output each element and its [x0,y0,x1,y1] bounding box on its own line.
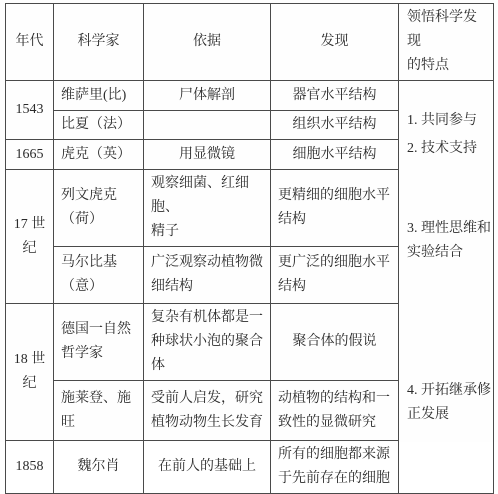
discovery-cell: 更精细的细胞水平 结构 [271,170,399,247]
cell-theory-history-table: 年代 科学家 依据 发现 领悟科学发现 的特点 1543 维萨里(比) 尸体解剖… [5,3,494,494]
basis-cell: 广泛观察动植物微 细结构 [144,247,271,304]
basis-cell [144,111,271,140]
era-cell: 17 世纪 [6,170,54,304]
document-page: 年代 科学家 依据 发现 领悟科学发现 的特点 1543 维萨里(比) 尸体解剖… [0,0,498,442]
discovery-cell: 器官水平结构 [271,81,399,111]
discovery-cell: 聚合体的假说 [271,304,399,381]
col-header-discovery: 发现 [271,4,399,81]
scientist-cell: 比夏（法） [54,111,144,140]
scientist-cell: 维萨里(比) [54,81,144,111]
discovery-cell: 更广泛的细胞水平 结构 [271,247,399,304]
basis-cell: 复杂有机体都是一 种球状小泡的聚合 体 [144,304,271,381]
scientist-cell: 马尔比基 （意） [54,247,144,304]
basis-cell: 用显微镜 [144,140,271,170]
col-header-basis: 依据 [144,4,271,81]
insight-item: 1. 共同参与 [407,109,491,133]
basis-cell: 观察细菌、红细胞、 精子 [144,170,271,247]
scientist-cell: 虎克（英） [54,140,144,170]
table-row: 1543 维萨里(比) 尸体解剖 器官水平结构 1. 共同参与 2. 技术支持 … [6,81,494,111]
era-cell: 18 世纪 [6,304,54,441]
era-cell: 1665 [6,140,54,170]
header-row: 年代 科学家 依据 发现 领悟科学发现 的特点 [6,4,494,81]
scientist-cell: 德国一自然 哲学家 [54,304,144,381]
scientist-cell: 施莱登、施 旺 [54,381,144,441]
era-cell: 1858 [6,441,54,494]
basis-cell: 受前人启发，研究 植物动物生长发育 [144,381,271,441]
insight-merged-cell: 1. 共同参与 2. 技术支持 3. 理性思维和 实验结合 4. 开拓继承修 正… [399,81,494,494]
insight-item: 2. 技术支持 [407,137,491,161]
col-header-era: 年代 [6,4,54,81]
col-header-insight: 领悟科学发现 的特点 [399,4,494,81]
discovery-cell: 细胞水平结构 [271,140,399,170]
insight-item: 3. 理性思维和 实验结合 [407,217,491,265]
era-cell: 1543 [6,81,54,140]
discovery-cell: 所有的细胞都来源 于先前存在的细胞 [271,441,399,494]
discovery-cell: 组织水平结构 [271,111,399,140]
scientist-cell: 列文虎克 （荷） [54,170,144,247]
basis-cell: 尸体解剖 [144,81,271,111]
discovery-cell: 动植物的结构和一 致性的显微研究 [271,381,399,441]
scientist-cell: 魏尔肖 [54,441,144,494]
col-header-scientist: 科学家 [54,4,144,81]
basis-cell: 在前人的基础上 [144,441,271,494]
insight-item: 4. 开拓继承修 正发展 [407,379,491,427]
